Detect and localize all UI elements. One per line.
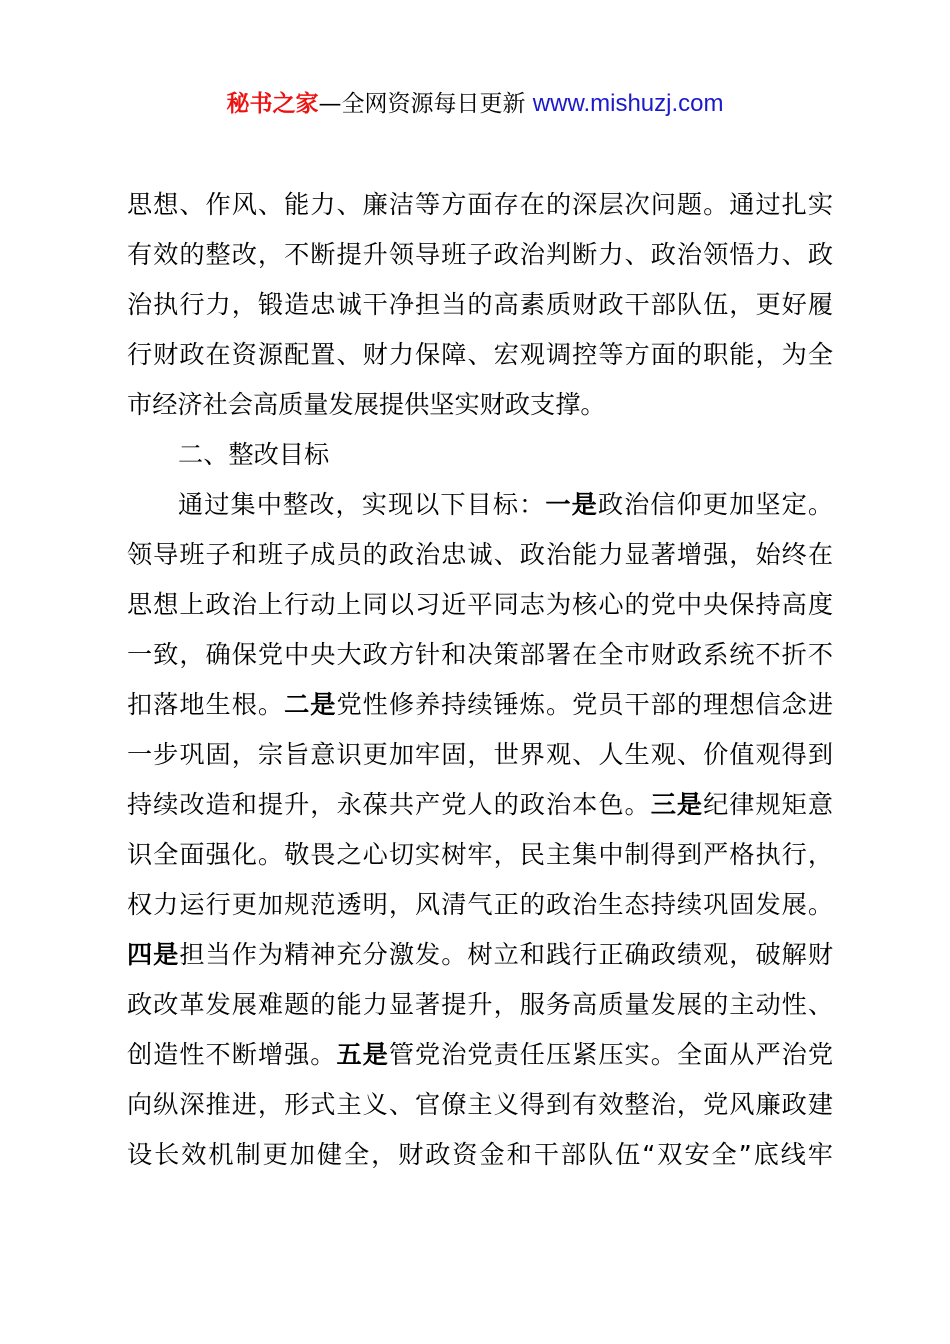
text-segment: 通过集中整改，实现以下目标： — [178, 490, 545, 519]
text-segment: 管党治党责任压紧压实。全面从严治党 — [389, 1040, 833, 1069]
text-line: 思想上政治上行动上同以习近平同志为核心的党中央保持高度 — [127, 580, 833, 630]
text-segment: 一步巩固，宗旨意识更加牢固，世界观、人生观、价值观得到 — [127, 740, 833, 769]
brand-name: 秘书之家 — [226, 91, 318, 117]
text-segment: 政治信仰更加坚定。 — [598, 490, 833, 519]
text-segment: 二、整改目标 — [178, 440, 329, 469]
text-line: 扣落地生根。二是党性修养持续锤炼。党员干部的理想信念进 — [127, 680, 833, 730]
text-segment: 思想上政治上行动上同以习近平同志为核心的党中央保持高度 — [127, 590, 833, 619]
text-segment: 党性修养持续锤炼。党员干部的理想信念进 — [337, 690, 834, 719]
text-segment: 向纵深推进，形式主义、官僚主义得到有效整治，党风廉政建 — [127, 1090, 833, 1119]
text-line: 有效的整改，不断提升领导班子政治判断力、政治领悟力、政 — [127, 230, 833, 280]
text-segment: 市经济社会高质量发展提供坚实财政支撑。 — [127, 390, 606, 419]
text-line: 创造性不断增强。五是管党治党责任压紧压实。全面从严治党 — [127, 1030, 833, 1080]
section-heading: 二、整改目标 — [127, 430, 833, 480]
text-segment: 权力运行更加规范透明，风清气正的政治生态持续巩固发展。 — [127, 890, 833, 919]
text-line: 识全面强化。敬畏之心切实树牢，民主集中制得到严格执行， — [127, 830, 833, 880]
text-line: 市经济社会高质量发展提供坚实财政支撑。 — [127, 380, 833, 430]
text-segment: 领导班子和班子成员的政治忠诚、政治能力显著增强，始终在 — [127, 540, 833, 569]
text-line: 一致，确保党中央大政方针和决策部署在全市财政系统不折不 — [127, 630, 833, 680]
text-segment: 扣落地生根。 — [127, 690, 284, 719]
text-segment: 行财政在资源配置、财力保障、宏观调控等方面的职能，为全 — [127, 340, 833, 369]
text-segment: 纪律规矩意 — [703, 790, 833, 819]
text-line: 思想、作风、能力、廉洁等方面存在的深层次问题。通过扎实 — [127, 180, 833, 230]
text-line: 行财政在资源配置、财力保障、宏观调控等方面的职能，为全 — [127, 330, 833, 380]
text-segment: 政改革发展难题的能力显著提升，服务高质量发展的主动性、 — [127, 990, 833, 1019]
bold-label: 一是 — [545, 490, 597, 519]
text-line: 治执行力，锻造忠诚干净担当的高素质财政干部队伍，更好履 — [127, 280, 833, 330]
bold-label: 三是 — [651, 790, 703, 819]
text-line: 权力运行更加规范透明，风清气正的政治生态持续巩固发展。 — [127, 880, 833, 930]
text-segment: 治执行力，锻造忠诚干净担当的高素质财政干部队伍，更好履 — [127, 290, 833, 319]
text-segment: 有效的整改，不断提升领导班子政治判断力、政治领悟力、政 — [127, 240, 833, 269]
text-segment: 思想、作风、能力、廉洁等方面存在的深层次问题。通过扎实 — [127, 190, 833, 219]
text-line: 设长效机制更加健全，财政资金和干部队伍“双安全”底线牢 — [127, 1130, 833, 1180]
text-line: 领导班子和班子成员的政治忠诚、政治能力显著增强，始终在 — [127, 530, 833, 580]
text-line: 一步巩固，宗旨意识更加牢固，世界观、人生观、价值观得到 — [127, 730, 833, 780]
bold-label: 二是 — [284, 690, 336, 719]
text-line: 政改革发展难题的能力显著提升，服务高质量发展的主动性、 — [127, 980, 833, 1030]
text-segment: 一致，确保党中央大政方针和决策部署在全市财政系统不折不 — [127, 640, 833, 669]
text-segment: 识全面强化。敬畏之心切实树牢，民主集中制得到严格执行， — [127, 840, 833, 869]
text-line: 持续改造和提升，永葆共产党人的政治本色。三是纪律规矩意 — [127, 780, 833, 830]
site-url-link[interactable]: www.mishuzj.com — [533, 90, 724, 117]
text-line: 向纵深推进，形式主义、官僚主义得到有效整治，党风廉政建 — [127, 1080, 833, 1130]
bold-label: 四是 — [127, 940, 179, 969]
text-segment: 创造性不断增强。 — [127, 1040, 336, 1069]
page-header: 秘书之家—全网资源每日更新 www.mishuzj.com — [0, 86, 950, 122]
text-segment: 持续改造和提升，永葆共产党人的政治本色。 — [127, 790, 651, 819]
header-slogan: —全网资源每日更新 — [318, 91, 532, 117]
text-segment: 担当作为精神充分激发。树立和践行正确政绩观，破解财 — [179, 940, 833, 969]
bold-label: 五是 — [336, 1040, 388, 1069]
document-body: 思想、作风、能力、廉洁等方面存在的深层次问题。通过扎实有效的整改，不断提升领导班… — [127, 180, 833, 1180]
text-line: 通过集中整改，实现以下目标：一是政治信仰更加坚定。 — [127, 480, 833, 530]
text-segment: 设长效机制更加健全，财政资金和干部队伍“双安全”底线牢 — [127, 1140, 833, 1169]
text-line: 四是担当作为精神充分激发。树立和践行正确政绩观，破解财 — [127, 930, 833, 980]
